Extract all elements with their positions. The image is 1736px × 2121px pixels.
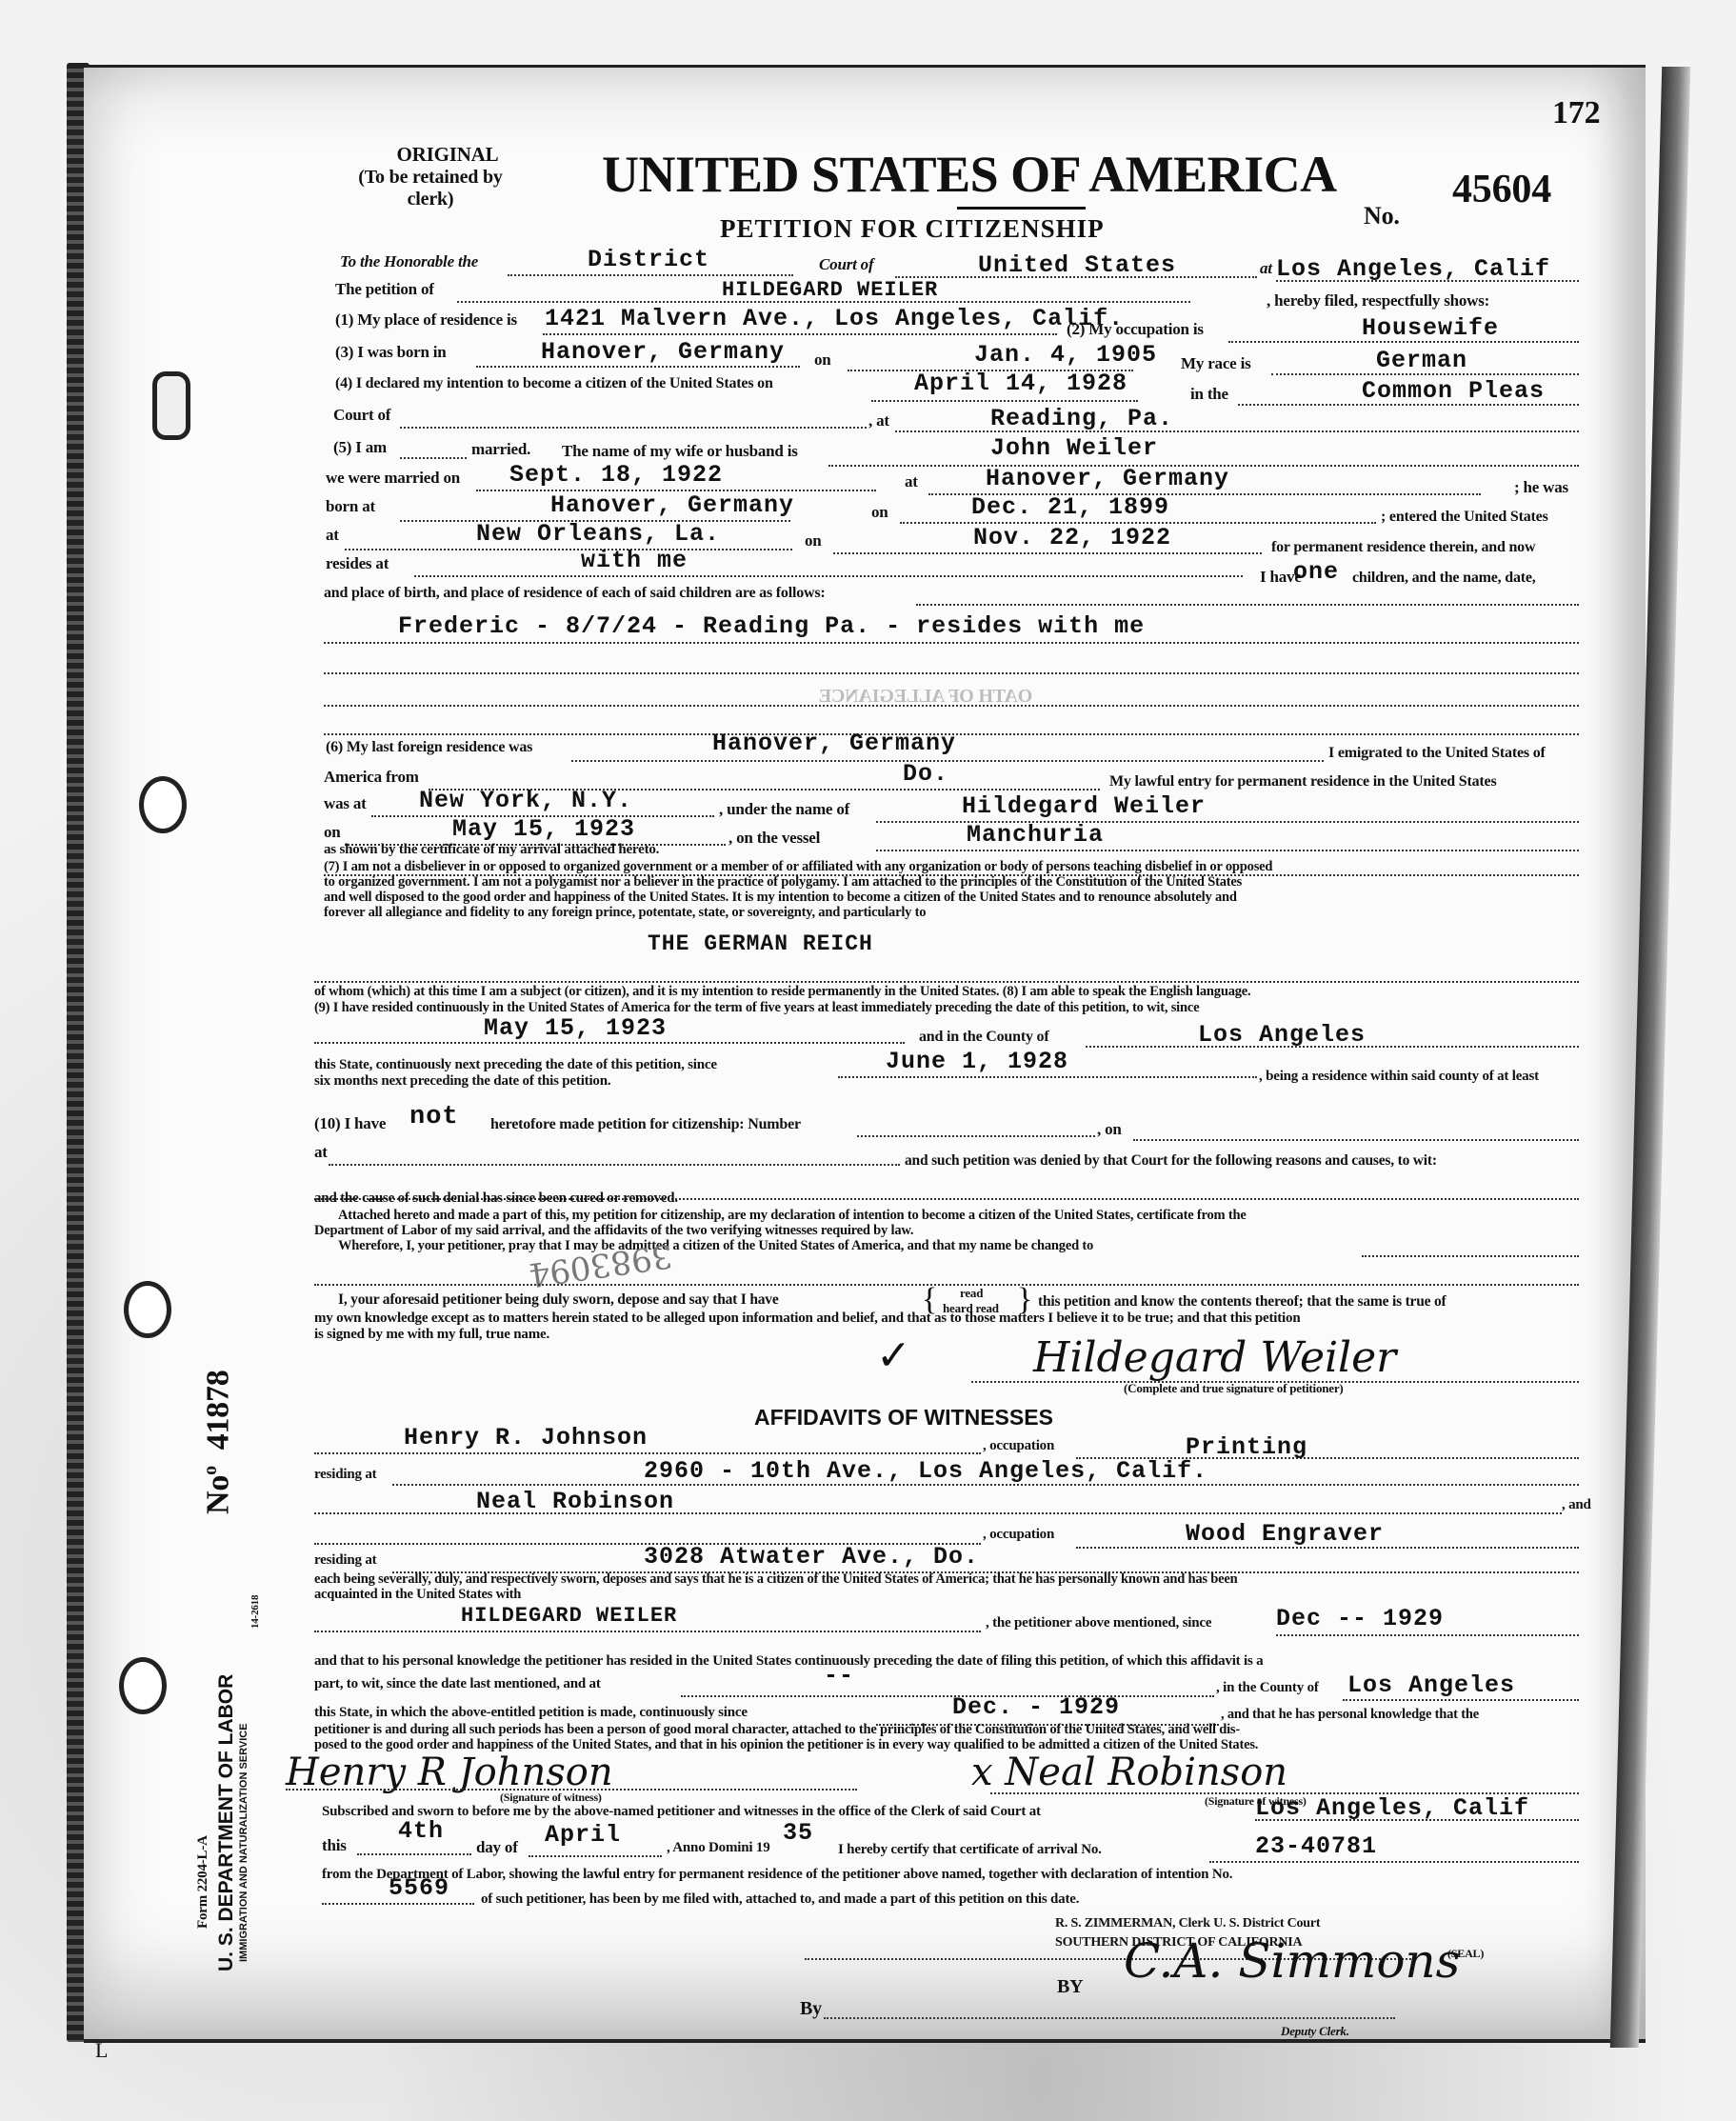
label-residing-w2: residing at <box>314 1552 376 1569</box>
label-was-at: was at <box>324 794 367 813</box>
verification-line-1a: I, your aforesaid petitioner being duly … <box>338 1291 779 1309</box>
blank-line <box>324 642 1579 644</box>
blank-line <box>322 1903 474 1905</box>
married-at: Hanover, Germany <box>986 465 1229 492</box>
blank-line <box>314 1042 905 1044</box>
witness-county: Los Angeles <box>1347 1671 1515 1699</box>
prior-petition-value: not <box>409 1103 459 1131</box>
label-being-residence: , being a residence within said county o… <box>1259 1069 1539 1085</box>
label-day-of: day of <box>476 1838 518 1857</box>
blank-line <box>543 333 1057 335</box>
clerk-signature: C.A. Simmons <box>1124 1933 1460 1989</box>
witness-1-residence: 2960 - 10th Ave., Los Angeles, Calif. <box>644 1457 1207 1485</box>
punch-hole-icon <box>119 1657 167 1714</box>
blank-line <box>1209 1861 1579 1863</box>
label-america-from: America from <box>324 768 419 787</box>
blank-line <box>871 400 1138 402</box>
knowledge-at: -- <box>824 1662 854 1690</box>
attached-line-2: Department of Labor of my said arrival, … <box>314 1223 913 1239</box>
punch-hole-icon <box>139 776 187 833</box>
state-line-1: this State, in which the above-entitled … <box>314 1705 748 1721</box>
blank-line <box>833 552 1262 554</box>
punch-hole-icon <box>124 1281 171 1338</box>
residence: 1421 Malvern Ave., Los Angeles, Calif. <box>545 305 1124 332</box>
married-on: Sept. 18, 1922 <box>509 461 723 489</box>
court-type: District <box>588 246 709 273</box>
label-cured: and the cause of such denial has since b… <box>314 1191 678 1207</box>
blank-line <box>314 1452 981 1454</box>
race: German <box>1376 347 1467 374</box>
spouse-resides: with me <box>581 547 688 574</box>
cert-no-value: 41878 <box>200 1370 235 1450</box>
witness-1-caption: (Signature of witness) <box>500 1791 602 1805</box>
label-anno: , Anno Domini 19 <box>667 1840 770 1856</box>
label-honorable: To the Honorable the <box>340 252 478 271</box>
entry-name: Hildegard Weiler <box>962 792 1206 820</box>
children-count: one <box>1293 558 1339 586</box>
children-details: Frederic - 8/7/24 - Reading Pa. - reside… <box>398 612 1145 640</box>
punch-hole-icon <box>152 371 190 440</box>
label-born-at: born at <box>326 497 375 516</box>
allegiance-line-2: to organized government. I am not a poly… <box>324 874 1242 890</box>
blank-line <box>324 672 1579 674</box>
label-on-3: on <box>805 531 822 550</box>
blank-line <box>324 705 1579 707</box>
blank-line <box>876 850 1579 851</box>
resided-since: May 15, 1923 <box>484 1014 667 1042</box>
label-occupation: (2) My occupation is <box>1067 320 1204 339</box>
label-married-on: we were married on <box>326 469 460 488</box>
label-declared: (4) I declared my intention to become a … <box>335 375 773 392</box>
label-last-foreign: (6) My last foreign residence was <box>326 739 532 756</box>
label-certificate: as shown by the certificate of my arriva… <box>324 842 659 858</box>
document-title: UNITED STATES OF AMERICA <box>602 145 1337 204</box>
retained-label-2: clerk) <box>335 189 526 210</box>
label-heretofore: heretofore made petition for citizenship… <box>490 1116 801 1133</box>
birth-date: Jan. 4, 1905 <box>974 341 1157 369</box>
department-label: U. S. DEPARTMENT OF LABOR <box>215 1674 238 1971</box>
subject-line: of whom (which) at this time I am a subj… <box>314 984 1250 1000</box>
label-hereby-filed: , hereby filed, respectfully shows: <box>1267 291 1489 310</box>
witness-2-residence: 3028 Atwater Ave., Do. <box>644 1543 979 1571</box>
court-of: United States <box>978 251 1176 279</box>
blank-line <box>314 1284 1579 1286</box>
label-on-2: on <box>871 503 888 522</box>
label-court-of: Court of <box>819 255 873 274</box>
label-i-am: (5) I am <box>333 438 387 457</box>
state-line-1b: , and that he has personal knowledge tha… <box>1221 1707 1479 1723</box>
verification-line-1b: this petition and know the contents ther… <box>1038 1293 1447 1311</box>
jurat-court-location: Los Angeles, Calif <box>1255 1794 1529 1822</box>
state-line-2: petitioner is and during all such period… <box>314 1722 1240 1738</box>
service-label: IMMIGRATION AND NATURALIZATION SERVICE <box>238 1723 249 1962</box>
petitioner-name: HILDEGARD WEILER <box>722 278 938 302</box>
blank-line <box>508 274 793 276</box>
spouse-entry-date: Nov. 22, 1922 <box>973 524 1171 551</box>
label-permanent: for permanent residence therein, and now <box>1271 539 1535 556</box>
arrival-cert-no: 23-40781 <box>1255 1832 1377 1860</box>
label-and: , and <box>1562 1497 1591 1513</box>
label-occupation-w1: , occupation <box>983 1438 1054 1454</box>
blank-line <box>916 604 1579 606</box>
label-residence: (1) My place of residence is <box>335 310 517 330</box>
label-on-4: on <box>324 823 341 842</box>
blank-line <box>1133 1139 1579 1141</box>
label-10-i-have: (10) I have <box>314 1114 386 1133</box>
blank-line <box>314 981 1579 983</box>
blank-line <box>1362 1255 1579 1257</box>
allegiance-line-1: (7) I am not a disbeliever in or opposed… <box>324 859 1272 875</box>
label-at-3: at <box>326 526 339 545</box>
label-in-the: in the <box>1190 385 1228 404</box>
label-at-4: at <box>314 1143 328 1162</box>
jurat-month: April <box>545 1821 621 1849</box>
petition-number: 45604 <box>1452 167 1551 212</box>
jurat-day: 4th <box>398 1817 444 1845</box>
witness-2-name: Neal Robinson <box>476 1488 674 1515</box>
blank-line <box>476 366 800 368</box>
county: Los Angeles <box>1198 1021 1366 1049</box>
clerk-stamp-1: R. S. ZIMMERMAN, Clerk U. S. District Co… <box>1055 1916 1320 1931</box>
cert-number: Noo 41878 <box>200 1370 236 1514</box>
jurat-line-3: from the Department of Labor, showing th… <box>322 1867 1232 1883</box>
occupation: Housewife <box>1362 314 1499 342</box>
label-under-name: , under the name of <box>719 800 849 819</box>
sovereign: THE GERMAN REICH <box>648 931 873 956</box>
page-number: 172 <box>1552 95 1600 131</box>
checkmark-icon: ✓ <box>876 1331 911 1380</box>
label-on-5: , on <box>1097 1120 1122 1139</box>
label-this: this <box>322 1836 347 1855</box>
label-lawful-entry: My lawful entry for permanent residence … <box>1109 773 1496 790</box>
birthplace: Hanover, Germany <box>541 338 785 366</box>
form-number: Form 2204-L-A <box>195 1835 211 1929</box>
witness-2-occupation: Wood Engraver <box>1186 1520 1384 1548</box>
label-children-2: and place of birth, and place of residen… <box>324 585 826 602</box>
spouse-entry-port: New Orleans, La. <box>476 520 720 548</box>
known-since: Dec -- 1929 <box>1276 1605 1444 1632</box>
verification-line-3: is signed by me with my full, true name. <box>314 1327 549 1343</box>
declaration-date: April 14, 1928 <box>914 370 1127 397</box>
number-label: No. <box>1364 202 1400 230</box>
state-since: Dec. - 1929 <box>952 1693 1120 1721</box>
label-six-months: six months next preceding the date of th… <box>314 1073 610 1090</box>
jurat-line-4: of such petitioner, has been by me filed… <box>481 1891 1079 1908</box>
blank-line <box>1276 1634 1579 1636</box>
deputy-clerk-label: Deputy Clerk. <box>1281 2024 1349 2039</box>
blank-line <box>857 1135 1095 1137</box>
label-court-of-2: Court of <box>333 406 390 425</box>
blank-line <box>529 1855 662 1857</box>
blank-line <box>314 1512 1562 1514</box>
witness-1-name: Henry R. Johnson <box>404 1424 648 1451</box>
spouse-birth-date: Dec. 21, 1899 <box>971 493 1169 521</box>
sworn-line-1: each being severally, duly, and respecti… <box>314 1571 1238 1588</box>
print-code: 14-2618 <box>249 1595 261 1629</box>
blank-line <box>329 1164 900 1166</box>
declaration-no: 5569 <box>389 1874 449 1902</box>
label-spouse: The name of my wife or husband is <box>562 442 798 461</box>
corner-mark: L <box>95 2038 108 2063</box>
label-he-was: ; he was <box>1514 478 1568 497</box>
label-county-w: , in the County of <box>1216 1680 1319 1696</box>
label-vessel: , on the vessel <box>728 829 820 848</box>
label-occupation-w2: , occupation <box>983 1527 1054 1543</box>
blank-line <box>681 1695 1214 1697</box>
label-by: By <box>800 1998 822 2020</box>
declaration-court: Common Pleas <box>1362 377 1545 405</box>
label-on: on <box>814 350 831 370</box>
retained-label-1: (To be retained by <box>335 167 526 189</box>
blank-line <box>345 549 792 550</box>
entry-date: May 15, 1923 <box>452 815 635 843</box>
label-denied: and such petition was denied by that Cou… <box>905 1152 1437 1170</box>
sworn-line-2: acquainted in the United States with <box>314 1587 521 1603</box>
label-since: , the petitioner above mentioned, since <box>986 1615 1211 1631</box>
spouse-name: John Weiler <box>990 434 1158 462</box>
blank-line <box>838 1076 1257 1078</box>
declaration-location: Reading, Pa. <box>990 405 1173 432</box>
label-children: children, and the name, date, <box>1352 570 1536 587</box>
spouse-birthplace: Hanover, Germany <box>550 491 794 519</box>
label-residing-w1: residing at <box>314 1467 376 1483</box>
knowledge-line-1: and that to his personal knowledge the p… <box>314 1653 1264 1670</box>
blank-line <box>400 427 867 429</box>
blank-line <box>414 575 1243 577</box>
emigrated-from: Do. <box>903 760 948 788</box>
vessel: Manchuria <box>967 821 1104 849</box>
label-married: married. <box>471 440 530 459</box>
knowledge-line-2: part, to wit, since the date last mentio… <box>314 1676 601 1692</box>
wherefore-line: Wherefore, I, your petitioner, pray that… <box>338 1238 1093 1254</box>
entry-port: New York, N.Y. <box>419 787 632 814</box>
blank-line <box>1255 1819 1579 1821</box>
witness-petitioner-name: HILDEGARD WEILER <box>461 1604 677 1628</box>
last-foreign-residence: Hanover, Germany <box>712 730 956 757</box>
petitioner-signature: Hildegard Weiler <box>1033 1333 1396 1382</box>
label-petition-of: The petition of <box>335 280 434 299</box>
label-at-2: , at <box>868 411 889 430</box>
residence-para-9: (9) I have resided continuously in the U… <box>314 1000 1199 1016</box>
label-at: at <box>1260 259 1272 278</box>
witnesses-heading: AFFIDAVITS OF WITNESSES <box>754 1405 1053 1431</box>
label-county: and in the County of <box>919 1029 1048 1046</box>
cert-no-label: No <box>200 1475 235 1514</box>
document-subtitle: PETITION FOR CITIZENSHIP <box>720 214 1105 244</box>
county-since: June 1, 1928 <box>886 1048 1068 1075</box>
label-married-at: at <box>905 472 918 491</box>
blank-line <box>357 1853 471 1855</box>
blank-line <box>1343 1699 1579 1701</box>
label-BY: BY <box>1057 1976 1083 1998</box>
label-this-state: this State, continuously next preceding … <box>314 1057 717 1073</box>
allegiance-line-4: forever all allegiance and fidelity to a… <box>324 905 926 921</box>
label-certify: I hereby certify that certificate of arr… <box>838 1842 1102 1858</box>
read-option: read <box>960 1286 983 1301</box>
blank-line <box>400 457 467 459</box>
jurat-year: 35 <box>783 1819 813 1847</box>
label-resides-at: resides at <box>326 554 389 573</box>
label-emigrated: I emigrated to the United States of <box>1328 745 1546 762</box>
original-label: ORIGINAL <box>371 143 524 167</box>
blank-line <box>314 1631 981 1632</box>
verification-line-2: my own knowledge except as to matters he… <box>314 1311 1300 1327</box>
blank-line <box>824 2017 1395 2019</box>
attached-line-1: Attached hereto and made a part of this,… <box>338 1208 1247 1224</box>
title-underline <box>957 207 1086 210</box>
signature-caption: (Complete and true signature of petition… <box>1124 1381 1344 1396</box>
witness-2-signature: x Neal Robinson <box>971 1751 1287 1794</box>
label-entered: ; entered the United States <box>1381 509 1548 526</box>
label-race: My race is <box>1181 354 1251 373</box>
label-born-in: (3) I was born in <box>335 343 447 362</box>
allegiance-line-3: and well disposed to the good order and … <box>324 890 1237 906</box>
court-location: Los Angeles, Calif <box>1276 255 1550 283</box>
